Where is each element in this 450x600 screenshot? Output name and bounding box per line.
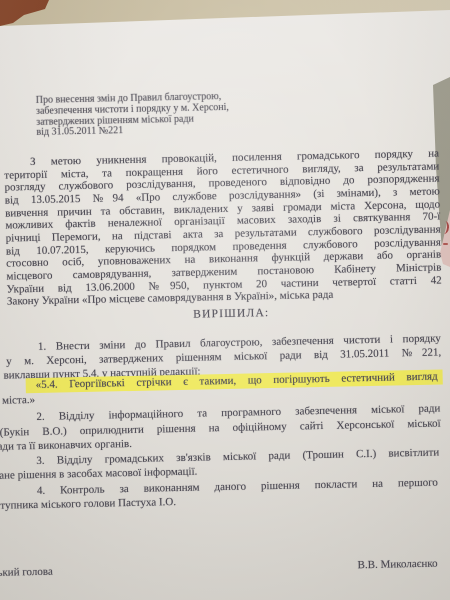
document-caption: Про внесення змін до Правил благоустрою,… (36, 90, 309, 139)
signature-title: Міський голова (0, 566, 53, 580)
preamble-paragraph: З метою уникнення провокацій, посилення … (4, 147, 442, 308)
document-photo: Про внесення змін до Правил благоустрою,… (0, 0, 450, 600)
caption-line: від 31.05.2011 №221 (36, 123, 308, 139)
signature-name: В.В. Миколаєнко (357, 558, 437, 572)
paper-sheet: Про внесення змін до Правил благоустрою,… (0, 0, 450, 600)
signature-row: Міський голова В.В. Миколаєнко (6, 558, 438, 579)
